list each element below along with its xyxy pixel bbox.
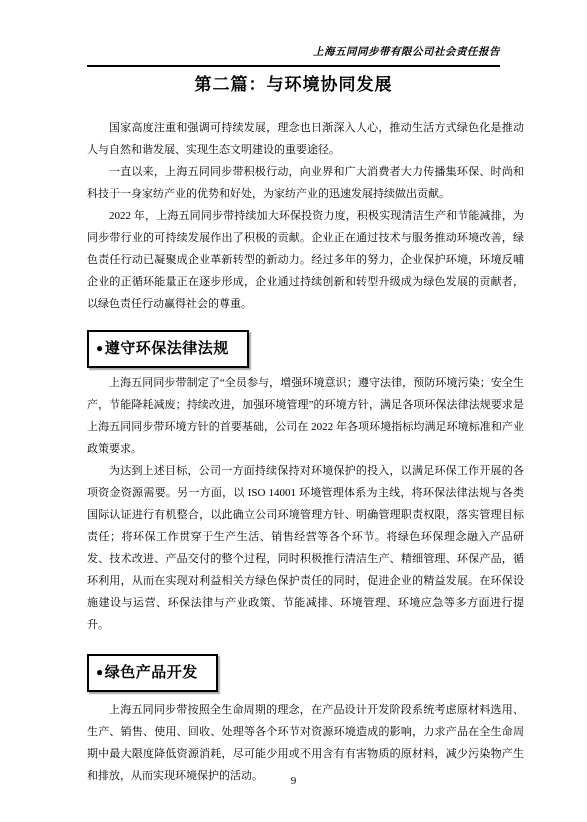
- paragraph-3: 2022 年，上海五同同步带持续加大环保投资力度，积极实现清洁生产和节能减排，为…: [87, 205, 524, 315]
- section-heading-label: 遵守环保法律法规: [105, 340, 229, 357]
- paragraph-6: 上海五同同步带按照全生命周期的理念，在产品设计开发阶段系统考虑原材料选用、生产、…: [87, 699, 524, 787]
- page-title: 第二篇：与环境协同发展: [0, 70, 587, 95]
- document-page: 上海五同同步带有限公司社会责任报告 第二篇：与环境协同发展 国家高度注重和强调可…: [0, 0, 587, 822]
- paragraph-4: 上海五同同步带制定了“全员参与，增强环境意识；遵守法律，预防环境污染；安全生产，…: [87, 372, 524, 460]
- section-heading-box-green-product: ●绿色产品开发: [87, 654, 218, 692]
- section-heading-row-1: ●遵守环保法律法规: [87, 330, 524, 368]
- paragraph-5: 为达到上述目标，公司一方面持续保持对环境保护的投入，以满足环保工作开展的各项资金…: [87, 460, 524, 636]
- body-text: 国家高度注重和强调可持续发展，理念也日渐深入人心，推动生活方式绿色化是推动人与自…: [87, 117, 524, 787]
- header-rule: [87, 65, 500, 67]
- bullet-icon: ●: [96, 338, 104, 359]
- section-heading-box-environmental-law: ●遵守环保法律法规: [87, 330, 249, 368]
- bullet-icon: ●: [96, 662, 104, 683]
- paragraph-2: 一直以来，上海五同同步带积极行动，向业界和广大消费者大力传播集环保、时尚和科技于…: [87, 161, 524, 205]
- section-heading-label: 绿色产品开发: [105, 664, 198, 681]
- page-number: 9: [0, 775, 587, 787]
- section-heading-row-2: ●绿色产品开发: [87, 654, 524, 692]
- header-title: 上海五同同步带有限公司社会责任报告: [313, 44, 500, 59]
- paragraph-1: 国家高度注重和强调可持续发展，理念也日渐深入人心，推动生活方式绿色化是推动人与自…: [87, 117, 524, 161]
